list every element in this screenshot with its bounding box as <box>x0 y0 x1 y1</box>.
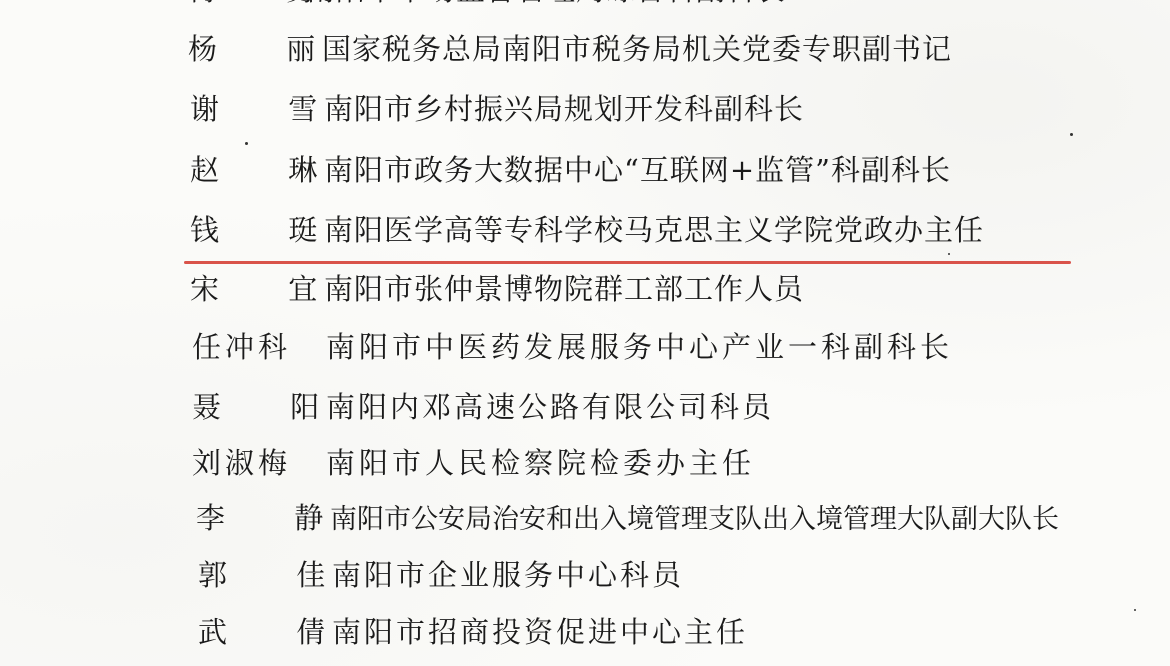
person-title: 南阳市企业服务中心科员 <box>332 553 684 594</box>
document-page: 肖 男 南阳市市场监督管理局综合科副科长 杨 丽 国家税务总局南阳市税务局机关党… <box>0 0 1170 666</box>
list-item: 郭 佳 南阳市企业服务中心科员 <box>198 553 684 593</box>
person-title: 南阳市市场监督管理局综合科副科长 <box>306 0 786 8</box>
person-title: 南阳市张仲景博物院群工部工作人员 <box>324 267 804 308</box>
scan-speck <box>948 253 950 255</box>
person-name: 武 倩 <box>198 610 316 651</box>
list-item: 李 静 南阳市公安局治安和出入境管理支队出入境管理大队副大队长 <box>196 496 1059 536</box>
person-name: 杨 丽 <box>188 27 306 68</box>
person-name: 肖 男 <box>188 0 306 8</box>
list-item: 聂 阳 南阳内邓高速公路有限公司科员 <box>192 385 774 425</box>
person-name: 刘淑梅 <box>192 441 310 482</box>
red-divider-line <box>184 261 1071 264</box>
list-item: 任冲科 南阳市中医药发展服务中心产业一科副科长 <box>192 325 953 365</box>
person-title: 南阳市公安局治安和出入境管理支队出入境管理大队副大队长 <box>330 497 1059 536</box>
list-item: 杨 丽 国家税务总局南阳市税务局机关党委专职副书记 <box>188 27 952 67</box>
list-item: 赵 琳 南阳市政务大数据中心“互联网+监管”科副科长 <box>190 148 951 188</box>
person-title: 南阳市政务大数据中心“互联网+监管”科副科长 <box>324 148 951 189</box>
person-name: 宋 宜 <box>190 267 308 308</box>
person-name: 任冲科 <box>192 325 310 366</box>
person-title: 南阳内邓高速公路有限公司科员 <box>326 385 774 426</box>
person-name: 李 静 <box>196 496 314 537</box>
person-name: 聂 阳 <box>192 385 310 426</box>
list-item: 肖 男 南阳市市场监督管理局综合科副科长 <box>188 0 786 8</box>
scan-speck <box>1070 133 1073 136</box>
person-title: 国家税务总局南阳市税务局机关党委专职副书记 <box>322 27 952 68</box>
person-name: 钱 珽 <box>190 208 308 249</box>
person-name: 谢 雪 <box>190 87 308 128</box>
person-title: 南阳市招商投资促进中心主任 <box>332 610 748 651</box>
list-item: 宋 宜 南阳市张仲景博物院群工部工作人员 <box>190 267 804 307</box>
person-title: 南阳市乡村振兴局规划开发科副科长 <box>324 87 804 128</box>
list-item: 刘淑梅 南阳市人民检察院检委办主任 <box>192 441 755 481</box>
person-name: 赵 琳 <box>190 148 308 189</box>
list-item: 谢 雪 南阳市乡村振兴局规划开发科副科长 <box>190 87 804 127</box>
person-name: 郭 佳 <box>198 553 316 594</box>
scan-speck <box>245 142 248 145</box>
list-item: 武 倩 南阳市招商投资促进中心主任 <box>198 610 748 650</box>
person-title: 南阳市中医药发展服务中心产业一科副科长 <box>326 325 953 366</box>
person-title: 南阳市人民检察院检委办主任 <box>326 441 755 482</box>
list-item: 钱 珽 南阳医学高等专科学校马克思主义学院党政办主任 <box>190 208 984 248</box>
partial-top-row: 肖 男 南阳市市场监督管理局综合科副科长 <box>0 0 1170 8</box>
scan-speck <box>1134 609 1136 611</box>
person-title: 南阳医学高等专科学校马克思主义学院党政办主任 <box>324 208 984 249</box>
